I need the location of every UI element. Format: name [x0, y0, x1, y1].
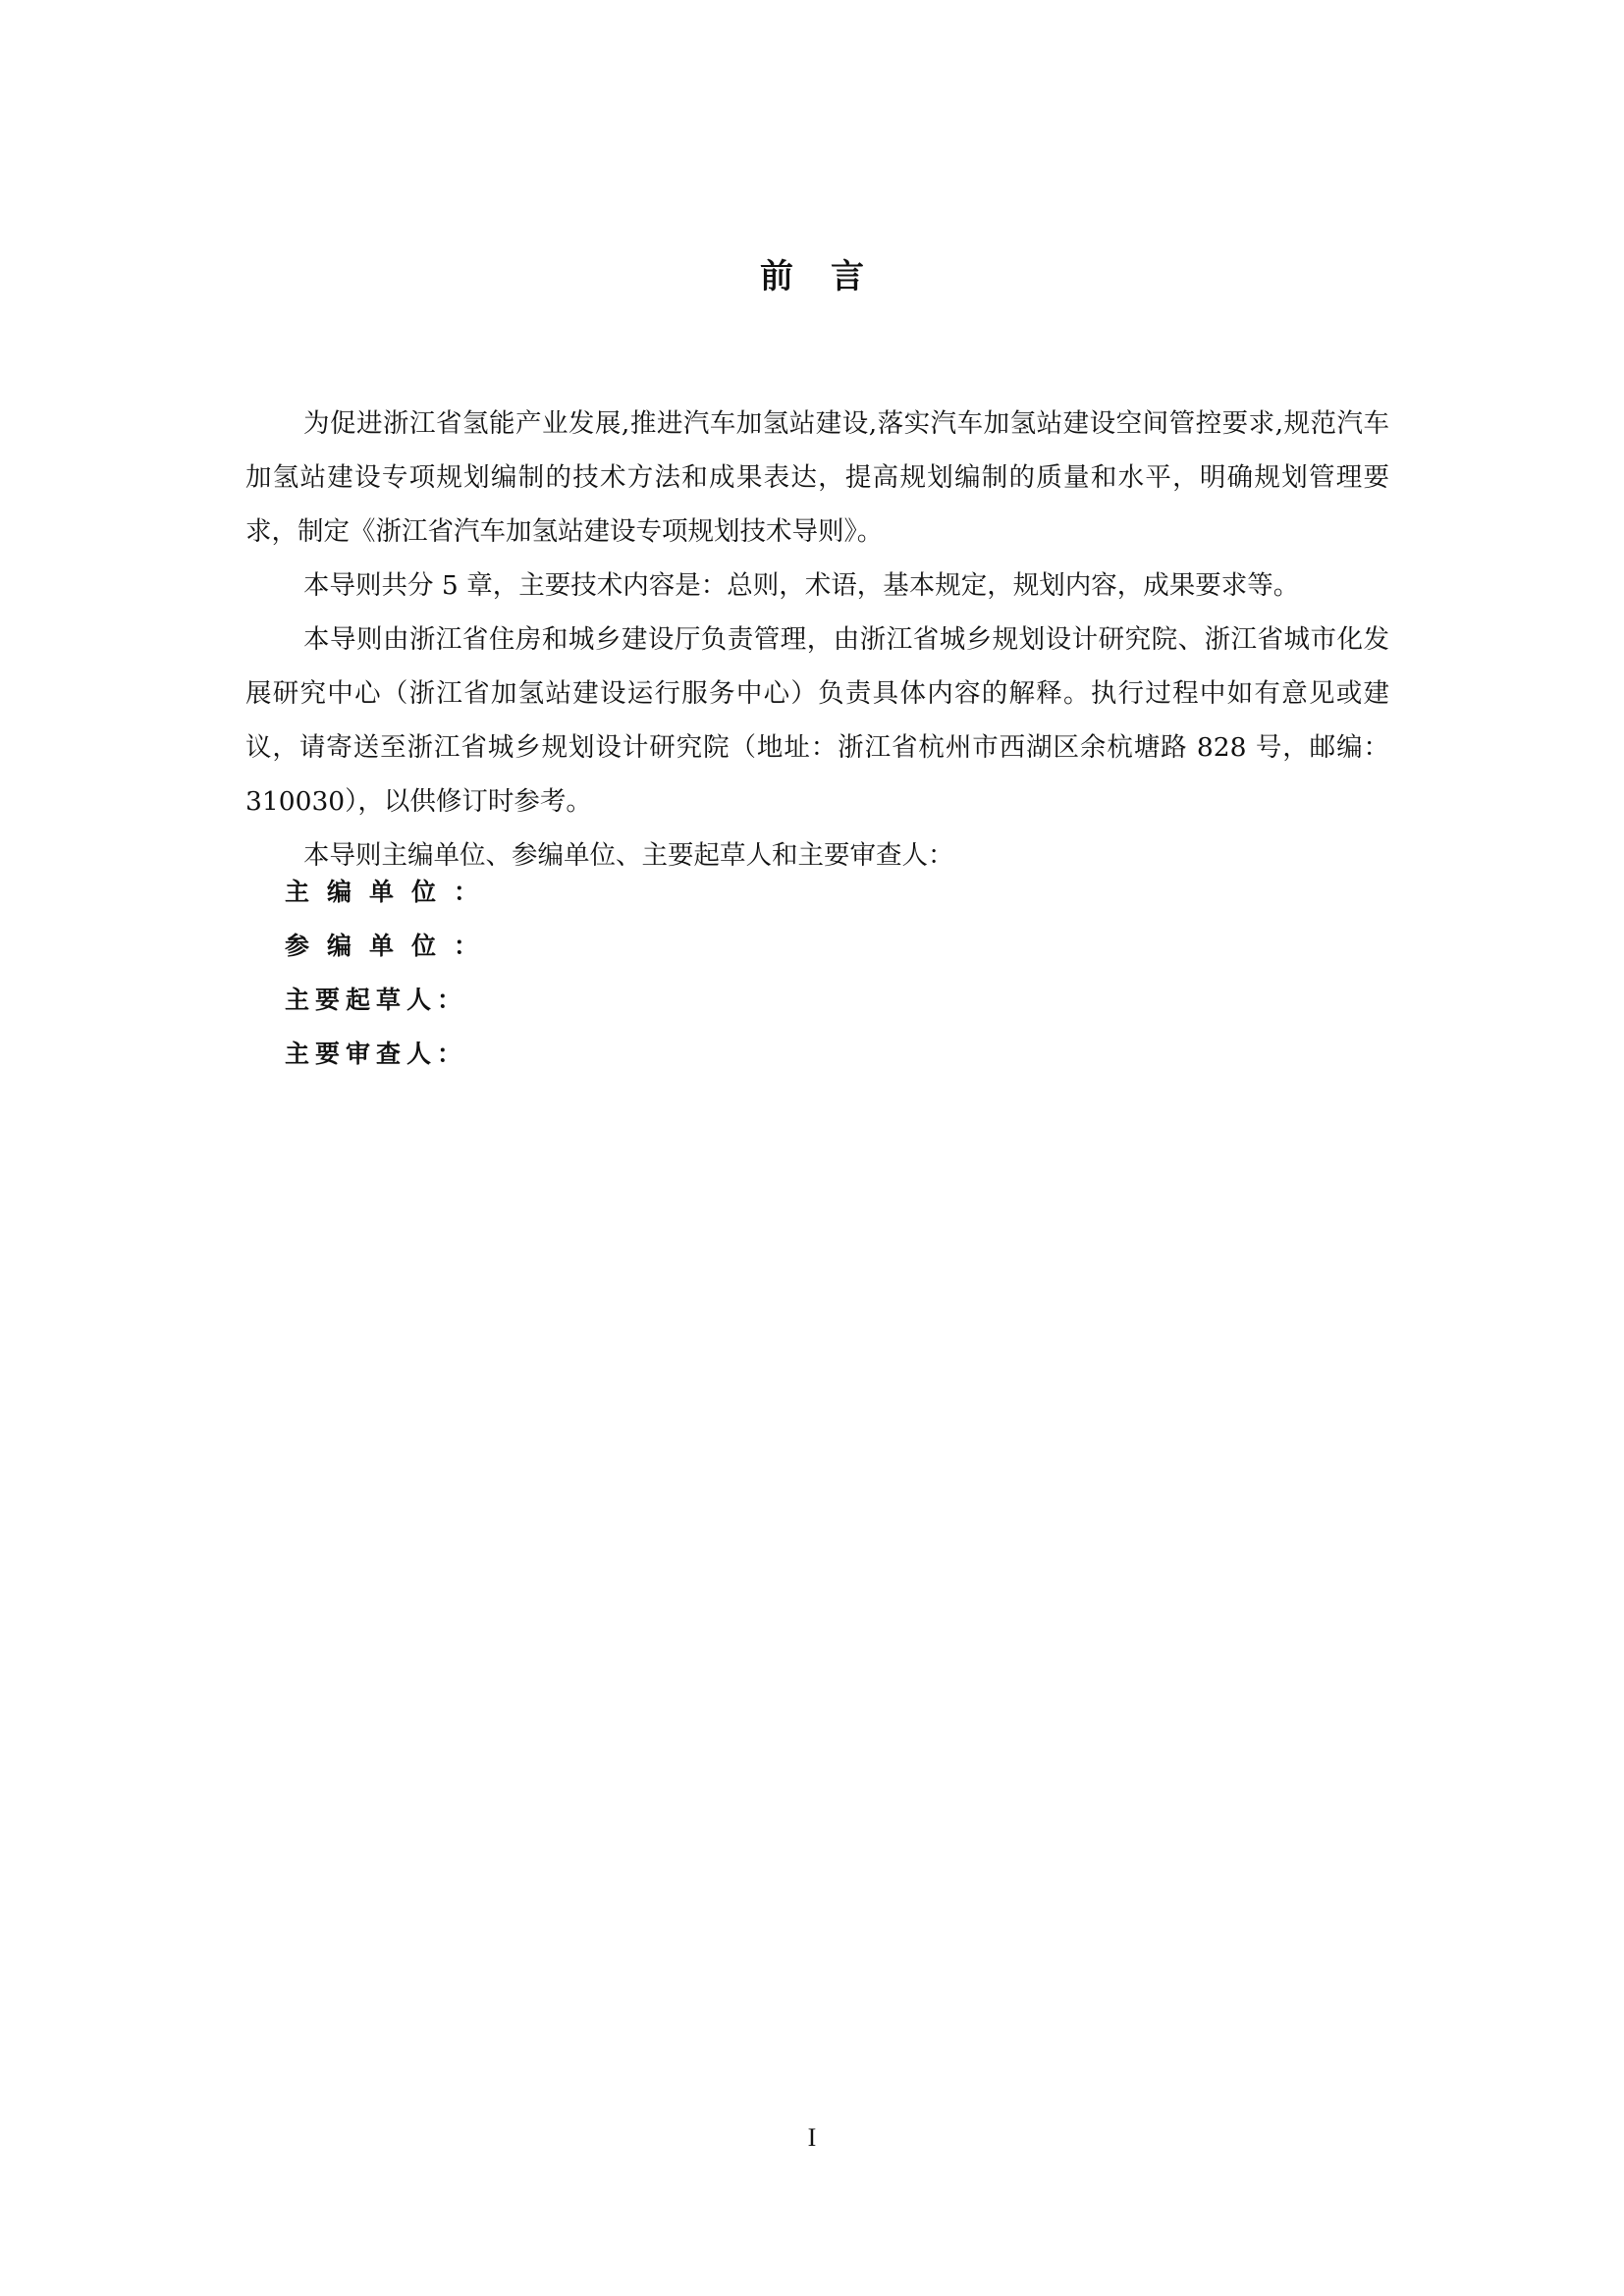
paragraph-purpose: 为促进浙江省氢能产业发展,推进汽车加氢站建设,落实汽车加氢站建设空间管控要求,规…	[245, 397, 1389, 559]
role-chief-editor-unit: 主编单位：	[285, 865, 496, 919]
preface-body: 为促进浙江省氢能产业发展,推进汽车加氢站建设,落实汽车加氢站建设空间管控要求,规…	[245, 397, 1389, 882]
page-number: I	[0, 2123, 1624, 2153]
contributors-list: 主编单位： 参编单位： 主要起草人： 主要审查人：	[285, 865, 496, 1081]
role-participating-unit: 参编单位：	[285, 919, 496, 973]
page-title: 前言	[0, 249, 1624, 297]
role-main-reviewers: 主要审查人：	[285, 1027, 496, 1081]
paragraph-chapters: 本导则共分 5 章，主要技术内容是：总则，术语，基本规定，规划内容，成果要求等。	[245, 559, 1389, 613]
role-main-drafters: 主要起草人：	[285, 973, 496, 1027]
paragraph-management: 本导则由浙江省住房和城乡建设厅负责管理，由浙江省城乡规划设计研究院、浙江省城市化…	[245, 613, 1389, 828]
